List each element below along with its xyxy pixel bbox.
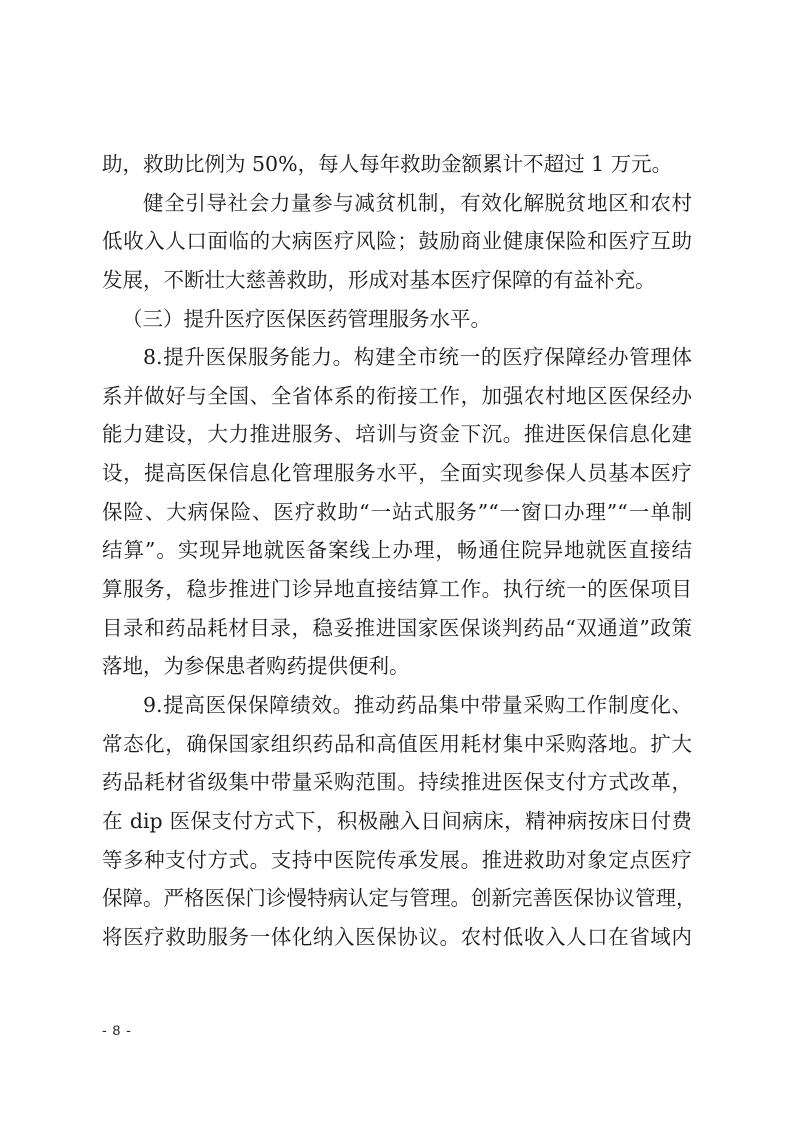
document-page: 助，救助比例为 50%，每人每年救助金额累计不超过 1 万元。 健全引导社会力量… [0, 0, 793, 1122]
paragraph-line: 低收入人口面临的大病医疗风险；鼓励商业健康保险和医疗互助 [102, 222, 692, 261]
paragraph-line: 健全引导社会力量参与减贫机制，有效化解脱贫地区和农村 [102, 184, 692, 223]
paragraph-line: 目录和药品耗材目录，稳妥推进国家医保谈判药品“双通道”政策 [102, 609, 692, 648]
paragraph-line: 发展，不断壮大慈善救助，形成对基本医疗保障的有益补充。 [102, 261, 692, 300]
paragraph-line: 常态化，确保国家组织药品和高值医用耗材集中采购落地。扩大 [102, 725, 692, 764]
page-number: - 8 - [102, 1022, 132, 1038]
body-text: 助，救助比例为 50%，每人每年救助金额累计不超过 1 万元。 健全引导社会力量… [102, 145, 692, 956]
paragraph-line: 结算”。实现异地就医备案线上办理，畅通住院异地就医直接结 [102, 531, 692, 570]
paragraph-line: 助，救助比例为 50%，每人每年救助金额累计不超过 1 万元。 [102, 145, 692, 184]
paragraph-line: 落地，为参保患者购药提供便利。 [102, 647, 692, 686]
paragraph-line: 系并做好与全国、全省体系的衔接工作，加强农村地区医保经办 [102, 377, 692, 416]
paragraph-line: 等多种支付方式。支持中医院传承发展。推进救助对象定点医疗 [102, 841, 692, 880]
paragraph-line: 将医疗救助服务一体化纳入医保协议。农村低收入人口在省域内 [102, 918, 692, 957]
section-heading: （三）提升医疗医保医药管理服务水平。 [102, 300, 692, 339]
paragraph-line: 设，提高医保信息化管理服务水平，全面实现参保人员基本医疗 [102, 454, 692, 493]
paragraph-line: 药品耗材省级集中带量采购范围。持续推进医保支付方式改革， [102, 763, 692, 802]
paragraph-line: 保险、大病保险、医疗救助“一站式服务”“一窗口办理”“一单制 [102, 493, 692, 532]
paragraph-line: 保障。严格医保门诊慢特病认定与管理。创新完善医保协议管理， [102, 879, 692, 918]
paragraph-line: 8.提升医保服务能力。构建全市统一的医疗保障经办管理体 [102, 338, 692, 377]
paragraph-line: 能力建设，大力推进服务、培训与资金下沉。推进医保信息化建 [102, 415, 692, 454]
paragraph-line: 9.提高医保保障绩效。推动药品集中带量采购工作制度化、 [102, 686, 692, 725]
paragraph-line: 算服务，稳步推进门诊异地直接结算工作。执行统一的医保项目 [102, 570, 692, 609]
paragraph-line: 在 dip 医保支付方式下，积极融入日间病床，精神病按床日付费 [102, 802, 692, 841]
